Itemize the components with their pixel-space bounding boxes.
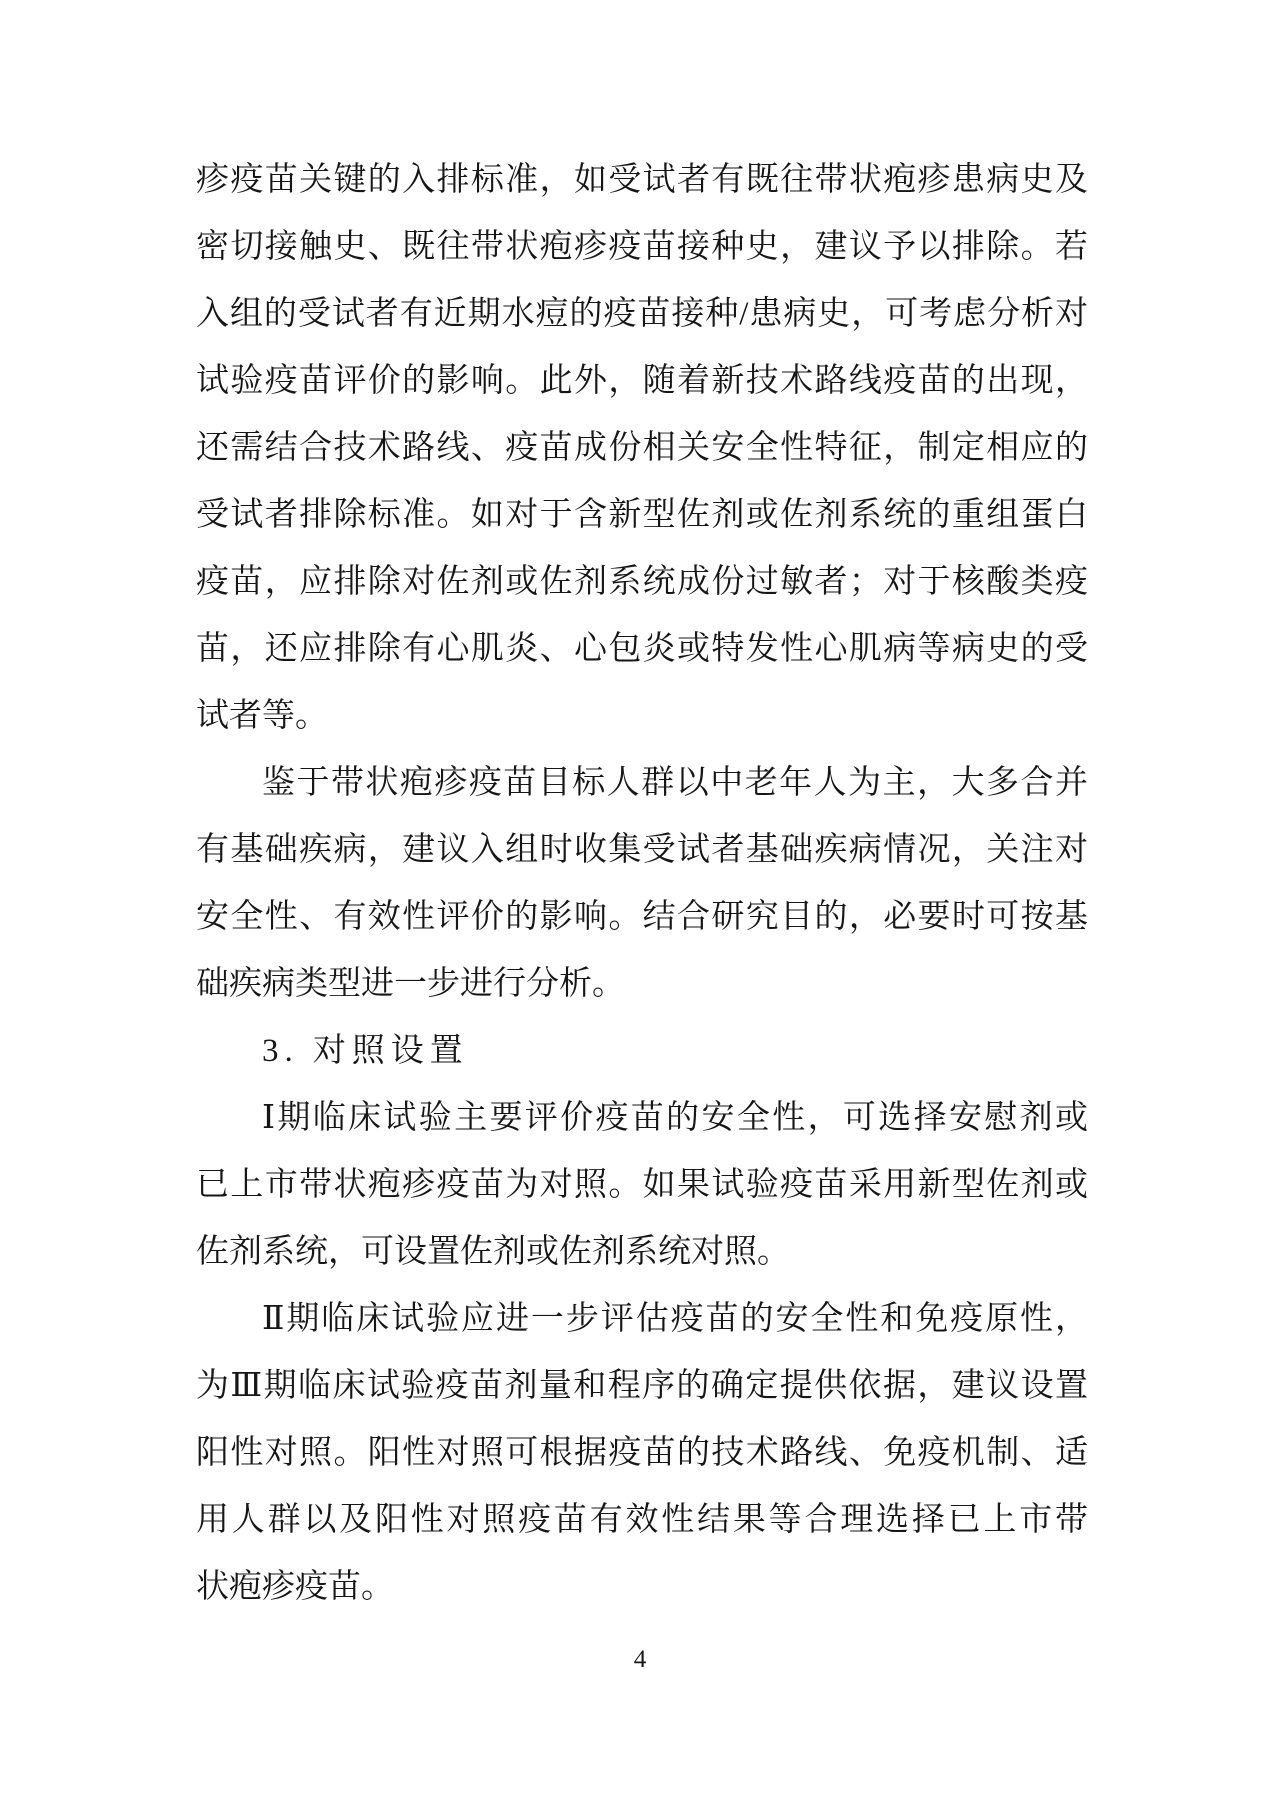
text-line: 试者等。 bbox=[196, 683, 1088, 750]
text-line: Ⅱ期临床试验应进一步评估疫苗的安全性和免疫原性， bbox=[196, 1286, 1088, 1353]
text-line: 状疱疹疫苗。 bbox=[196, 1554, 1088, 1621]
text-line: 阳性对照。阳性对照可根据疫苗的技术路线、免疫机制、适 bbox=[196, 1420, 1088, 1487]
text-line: 有基础疾病，建议入组时收集受试者基础疾病情况，关注对 bbox=[196, 817, 1088, 884]
text-line: 还需结合技术路线、疫苗成份相关安全性特征，制定相应的 bbox=[196, 415, 1088, 482]
text-line: 密切接触史、既往带状疱疹疫苗接种史，建议予以排除。若 bbox=[196, 214, 1088, 281]
text-line: 已上市带状疱疹疫苗为对照。如果试验疫苗采用新型佐剂或 bbox=[196, 1152, 1088, 1219]
text-line: 为Ⅲ期临床试验疫苗剂量和程序的确定提供依据，建议设置 bbox=[196, 1353, 1088, 1420]
text-line: 用人群以及阳性对照疫苗有效性结果等合理选择已上市带 bbox=[196, 1487, 1088, 1554]
page-number: 4 bbox=[0, 1642, 1280, 1678]
text-line: 础疾病类型进一步进行分析。 bbox=[196, 951, 1088, 1018]
document-body: 疹疫苗关键的入排标准，如受试者有既往带状疱疹患病史及 密切接触史、既往带状疱疹疫… bbox=[196, 147, 1088, 1621]
text-line: 鉴于带状疱疹疫苗目标人群以中老年人为主，大多合并 bbox=[196, 750, 1088, 817]
text-line: 试验疫苗评价的影响。此外，随着新技术路线疫苗的出现， bbox=[196, 348, 1088, 415]
text-line: 佐剂系统，可设置佐剂或佐剂系统对照。 bbox=[196, 1219, 1088, 1286]
text-line: 疹疫苗关键的入排标准，如受试者有既往带状疱疹患病史及 bbox=[196, 147, 1088, 214]
text-line: 受试者排除标准。如对于含新型佐剂或佐剂系统的重组蛋白 bbox=[196, 482, 1088, 549]
document-page: 疹疫苗关键的入排标准，如受试者有既往带状疱疹患病史及 密切接触史、既往带状疱疹疫… bbox=[0, 0, 1280, 1810]
section-heading: 3. 对照设置 bbox=[196, 1018, 1088, 1085]
text-line: 安全性、有效性评价的影响。结合研究目的，必要时可按基 bbox=[196, 884, 1088, 951]
text-line: 苗，还应排除有心肌炎、心包炎或特发性心肌病等病史的受 bbox=[196, 616, 1088, 683]
text-line: 入组的受试者有近期水痘的疫苗接种/患病史，可考虑分析对 bbox=[196, 281, 1088, 348]
text-line: Ⅰ期临床试验主要评价疫苗的安全性，可选择安慰剂或 bbox=[196, 1085, 1088, 1152]
text-line: 疫苗，应排除对佐剂或佐剂系统成份过敏者；对于核酸类疫 bbox=[196, 549, 1088, 616]
